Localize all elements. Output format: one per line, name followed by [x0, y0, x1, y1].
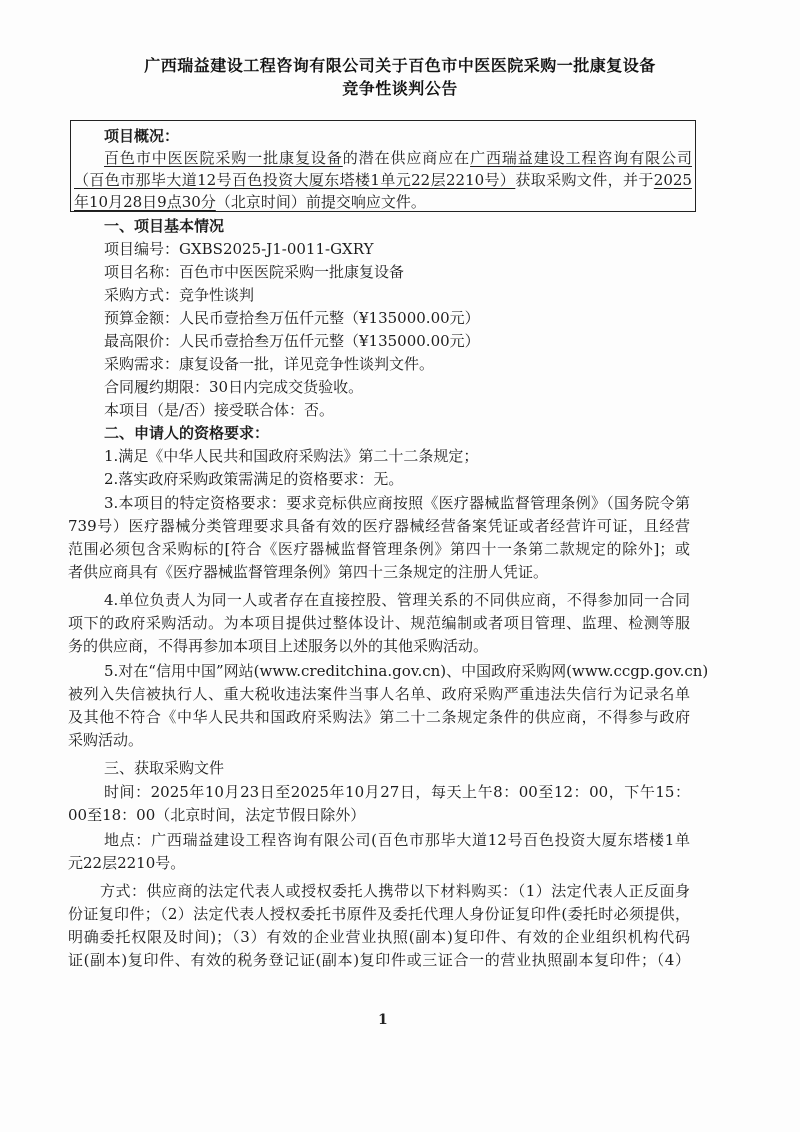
contract-period: 合同履约期限：30日内完成交货验收。: [104, 377, 363, 397]
acquisition-time-line-1: 时间：2025年10月23日至2025年10月27日，每天上午8：00至12：0…: [104, 782, 690, 802]
acquisition-place-line-1: 地点：广西瑞益建设工程咨询有限公司(百色市那毕大道12号百色投资大厦东塔楼1单: [104, 830, 690, 850]
overview-deadline: 年10月28日9点30分: [74, 193, 216, 211]
overview-agency-name: 广西瑞益建设工程咨询有限公司: [470, 149, 692, 167]
acquisition-method-line-1: 方式：供应商的法定代表人或授权委托人携带以下材料购买：（1）法定代表人正反面身: [100, 881, 690, 901]
section-2-heading: 二、申请人的资格要求：: [104, 423, 269, 443]
overview-deadline-year: 2025: [654, 171, 692, 189]
acquisition-time-line-2: 00至18：00（北京时间，法定节假日除外）: [68, 805, 365, 825]
overview-text: 的潜在供应商应在: [343, 149, 470, 167]
acquisition-method-line-3: 明确委托权限及时间)；（3）有效的企业营业执照(副本)复印件、有效的企业组织机构…: [68, 927, 690, 947]
overview-text: 获取采购文件，并于: [515, 171, 653, 189]
section-3-heading: 三、获取采购文件: [104, 758, 224, 778]
qualification-5-line-4: 采购活动。: [68, 730, 143, 750]
qualification-4-line-2: 项下的政府采购活动。为本项目提供过整体设计、规范编制或者项目管理、监理、检测等服: [68, 613, 690, 633]
procurement-method: 采购方式：竞争性谈判: [104, 285, 254, 305]
procurement-requirement: 采购需求：康复设备一批，详见竞争性谈判文件。: [104, 354, 434, 374]
overview-project-name: 百色市中医医院采购一批康复设备: [104, 149, 343, 167]
overview-agency-address: （百色市那毕大道12号百色投资大厦东塔楼1单元22层2210号）: [74, 171, 515, 189]
project-number: 项目编号：GXBS2025-J1-0011-GXRY: [104, 239, 373, 259]
page-number: 1: [378, 1012, 388, 1028]
qualification-3-line-4: 者供应商具有《医疗器械监督管理条例》第四十三条规定的注册人凭证。: [68, 562, 548, 582]
qualification-4-line-1: 4.单位负责人为同一人或者存在直接控股、管理关系的不同供应商，不得参加同一合同: [104, 590, 690, 610]
qualification-3-line-1: 3.本项目的特定资格要求：要求竞标供应商按照《医疗器械监督管理条例》（国务院令第: [104, 493, 690, 513]
overview-line-3: 年10月28日9点30分（北京时间）前提交响应文件。: [74, 192, 426, 212]
overview-text: （北京时间）前提交响应文件。: [216, 193, 426, 211]
qualification-5-line-2: 被列入失信被执行人、重大税收违法案件当事人名单、政府采购严重违法失信行为记录名单: [68, 684, 690, 704]
qualification-3-line-2: 739号）医疗器械分类管理要求具备有效的医疗器械经营备案凭证或者经营许可证，且经…: [68, 516, 690, 536]
qualification-2: 2.落实政府采购政策需满足的资格要求：无。: [104, 469, 403, 489]
acquisition-place-line-2: 元22层2210号。: [68, 853, 185, 873]
qualification-3-line-3: 范围必须包含采购标的[符合《医疗器械监督管理条例》第四十一条第二款规定的除外]；…: [68, 539, 690, 559]
acquisition-method-line-4: 证(副本)复印件、有效的税务登记证(副本)复印件或三证合一的营业执照副本复印件；…: [68, 950, 690, 970]
document-page: 广西瑞益建设工程咨询有限公司关于百色市中医医院采购一批康复设备 竞争性谈判公告 …: [0, 0, 800, 1132]
qualification-4-line-3: 务的供应商，不得再参加本项目上述服务以外的其他采购活动。: [68, 636, 488, 656]
qualification-5-line-3: 及其他不符合《中华人民共和国政府采购法》第二十二条规定条件的供应商，不得参与政府: [68, 707, 690, 727]
budget-amount: 预算金额：人民币壹拾叁万伍仟元整（¥135000.00元）: [104, 308, 480, 328]
overview-heading: 项目概况：: [104, 126, 179, 146]
qualification-5-line-1: 5.对在“信用中国”网站(www.creditchina.gov.cn)、中国政…: [104, 661, 698, 681]
section-1-heading: 一、项目基本情况: [104, 216, 224, 236]
max-price: 最高限价：人民币壹拾叁万伍仟元整（¥135000.00元）: [104, 331, 480, 351]
document-title-line-2: 竞争性谈判公告: [0, 76, 800, 99]
project-name: 项目名称：百色市中医医院采购一批康复设备: [104, 262, 404, 282]
document-title-line-1: 广西瑞益建设工程咨询有限公司关于百色市中医医院采购一批康复设备: [0, 53, 800, 76]
overview-line-1: 百色市中医医院采购一批康复设备的潜在供应商应在广西瑞益建设工程咨询有限公司: [104, 148, 692, 168]
qualification-1: 1.满足《中华人民共和国政府采购法》第二十二条规定；: [104, 446, 478, 466]
overview-line-2: （百色市那毕大道12号百色投资大厦东塔楼1单元22层2210号）获取采购文件，并…: [74, 170, 692, 190]
consortium-accepted: 本项目（是/否）接受联合体：否。: [104, 400, 334, 420]
acquisition-method-line-2: 份证复印件；（2）法定代表人授权委托书原件及委托代理人身份证复印件(委托时必须提…: [68, 904, 690, 924]
